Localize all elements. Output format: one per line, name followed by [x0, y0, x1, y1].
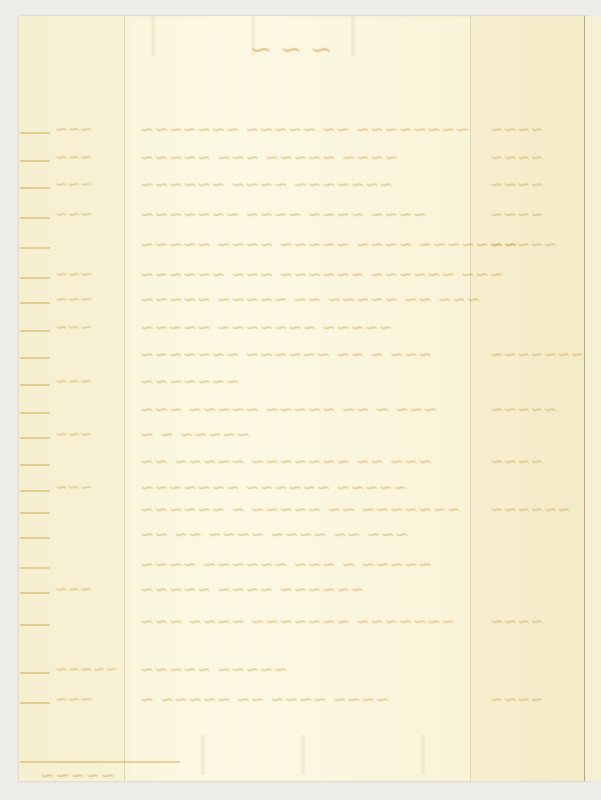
amount-dash: [20, 592, 50, 594]
entry-amount: ~~~: [55, 318, 93, 336]
amount-dash: [20, 702, 50, 704]
entry-text: ~~~~~~~ ~~~~ ~~~~~ ~~~~ ~~~~~: [140, 235, 518, 255]
entry-amount: ~~~: [55, 478, 93, 496]
amount-dash: [20, 330, 50, 332]
entry-amount: ~~~: [55, 265, 93, 283]
entry-left-label: ~~~~: [490, 452, 544, 471]
amount-dash: [20, 512, 50, 514]
entry-text: ~~~~~~~ ~~~~~~~ ~~~~ ~~~: [140, 612, 455, 632]
amount-dash: [20, 624, 50, 626]
amount-dash: [20, 247, 50, 249]
amount-dash: [20, 672, 50, 674]
entry-left-label: ~~~~~: [490, 400, 557, 419]
fold-line: [470, 16, 471, 781]
paper-wrinkle: [300, 735, 306, 775]
entry-amount: ~~~: [55, 205, 93, 223]
entry-text: ~~~~~ ~~~~~: [140, 660, 288, 680]
entry-text: ~~~~~~~~ ~~ ~~~~~ ~~~~~~~: [140, 120, 470, 140]
entry-text: ~~~~~ ~ ~: [140, 425, 251, 445]
paper-wrinkle: [420, 735, 426, 775]
amount-dash: [20, 567, 50, 569]
amount-dash: [20, 277, 50, 279]
entry-text: ~~~ ~~~~~~ ~~~~~~ ~~~ ~~~~~~: [140, 265, 503, 285]
paper-wrinkle: [350, 16, 356, 56]
total-rule: [20, 761, 180, 763]
entry-text: ~~~ ~ ~~ ~~~~~~ ~~~~~~~: [140, 345, 432, 365]
entry-text: ~~~~~~~: [140, 372, 240, 392]
entry-amount: ~~~: [55, 372, 93, 390]
entry-text: ~~~~ ~~~~~ ~~~ ~~~~~: [140, 148, 398, 168]
entry-amount: ~~~: [55, 690, 93, 708]
entry-amount: ~~~: [55, 290, 93, 308]
amount-dash: [20, 160, 50, 162]
entry-text: ~~~~~ ~~~~~~ ~~~~~~~: [140, 478, 407, 498]
amount-dash: [20, 412, 50, 414]
entry-left-label: ~~~~~~: [490, 500, 570, 519]
entry-text: ~~~~~~ ~~~~ ~~~~~: [140, 580, 364, 600]
entry-left-label: ~~~~: [490, 612, 544, 631]
amount-dash: [20, 464, 50, 466]
amount-dash: [20, 437, 50, 439]
entry-text: ~~~~ ~~~~ ~~~~ ~~~~~~~: [140, 205, 427, 225]
entry-left-label: ~~~~: [490, 690, 544, 709]
paper-wrinkle: [150, 16, 156, 56]
entry-text: ~~~ ~ ~~ ~~~~~ ~~~~~ ~~~: [140, 400, 438, 420]
amount-dash: [20, 490, 50, 492]
fold-line: [124, 16, 125, 781]
amount-dash: [20, 132, 50, 134]
entry-amount: ~~~: [55, 425, 93, 443]
amount-dash: [20, 302, 50, 304]
page-heading: ~ ~ ~: [250, 35, 332, 65]
entry-left-label: ~~~~: [490, 148, 544, 167]
entry-text: ~~~~~~~ ~~ ~~~~~ ~ ~~~~~~: [140, 500, 461, 520]
entry-amount: ~~~: [55, 120, 93, 138]
entry-text: ~~~ ~~ ~~~~~~~ ~~~~~ ~~: [140, 452, 432, 472]
entry-text: ~~~ ~~ ~~~~~ ~~ ~~~~~ ~~~~~: [140, 290, 480, 310]
entry-text: ~~~~ ~~~~ ~~ ~~~~~ ~: [140, 690, 390, 710]
entry-left-label: ~~~~: [490, 205, 544, 224]
paper-wrinkle: [200, 735, 206, 775]
amount-dash: [20, 187, 50, 189]
entry-left-label: ~~~~: [490, 120, 544, 139]
entry-text: ~~~~~ ~ ~~~ ~~~~~~ ~~~~: [140, 555, 432, 575]
entry-amount: ~~~: [55, 175, 93, 193]
entry-left-label: ~~~~~: [490, 235, 557, 254]
amount-dash: [20, 384, 50, 386]
entry-amount: ~~~: [55, 148, 93, 166]
entry-left-label: ~~~~~~~: [490, 345, 584, 364]
right-page-edge: [584, 16, 601, 781]
entry-text: ~~~~~~~ ~~~~ ~~~~~~: [140, 175, 393, 195]
entry-amount: ~~~~~: [55, 660, 118, 678]
entry-text: ~~~~~ ~~~~~~~ ~~~~~: [140, 318, 393, 338]
ledger-total: ~~~~~: [40, 765, 115, 786]
entry-left-label: ~~~~: [490, 175, 544, 194]
entry-text: ~~~ ~~ ~~~~ ~~~~ ~~ ~~: [140, 525, 409, 545]
entry-amount: ~~~: [55, 580, 93, 598]
amount-dash: [20, 217, 50, 219]
amount-dash: [20, 537, 50, 539]
amount-dash: [20, 357, 50, 359]
